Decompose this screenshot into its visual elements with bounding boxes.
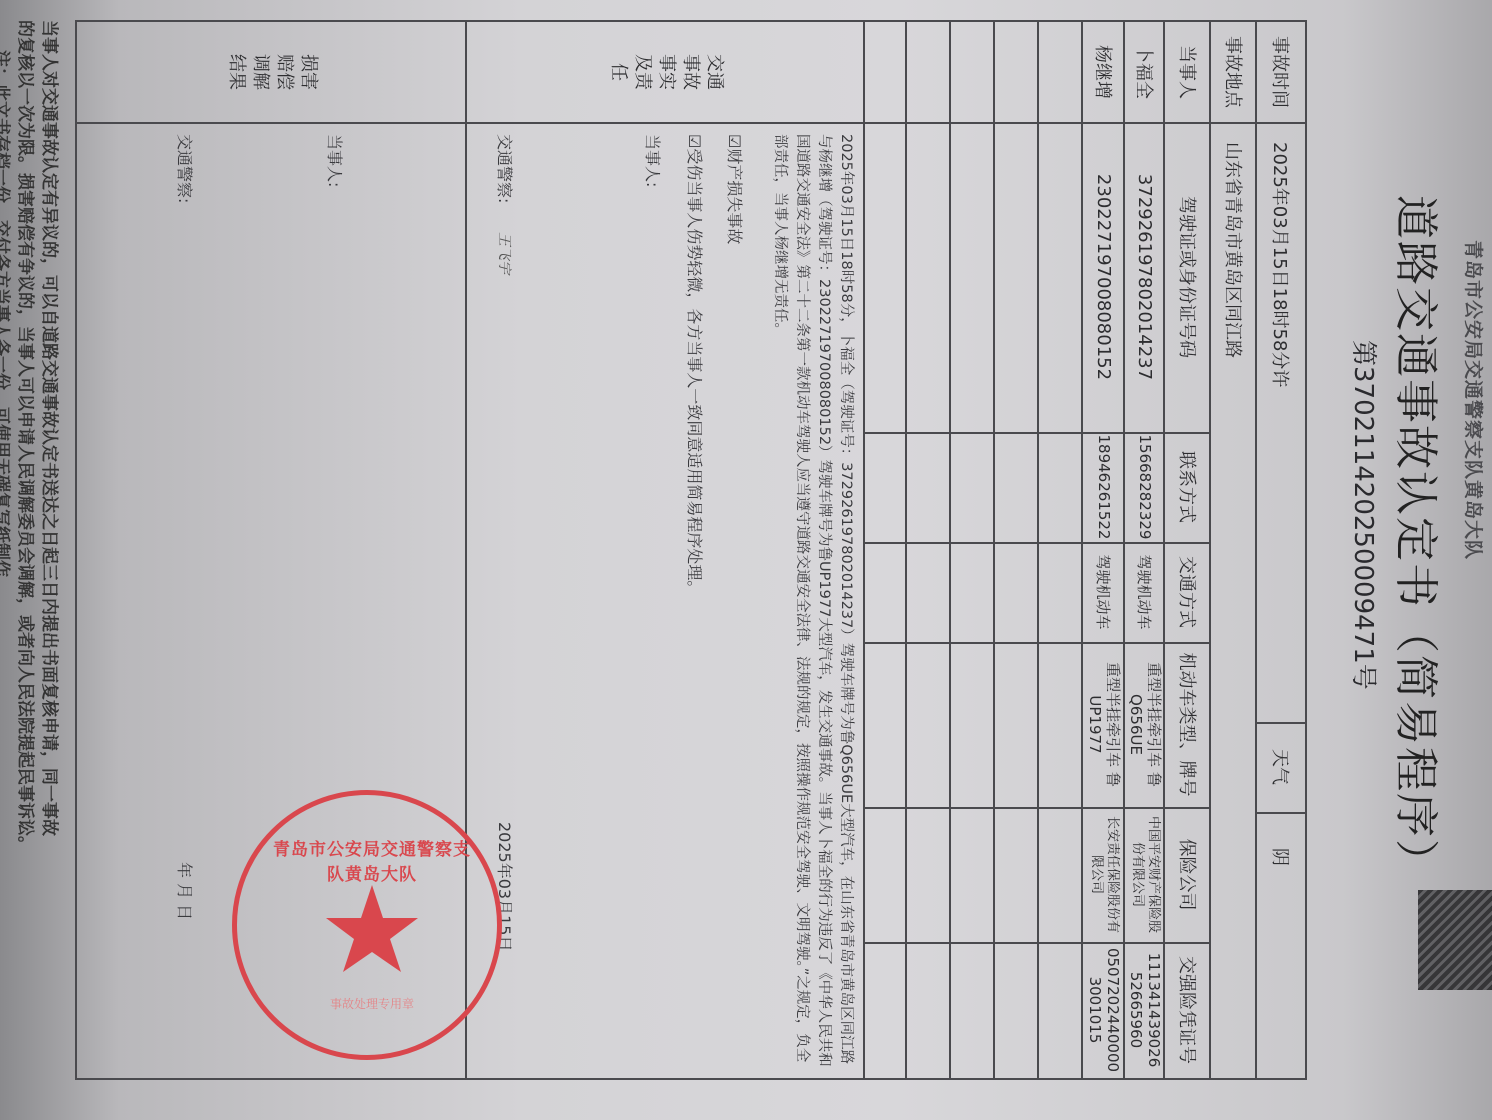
col-phone: 联系方式: [1165, 432, 1211, 542]
time-label: 事故时间: [1257, 22, 1305, 122]
facts-party-sign-label: 当事人:: [641, 134, 663, 187]
party-1-insurer: 中国平安财产保险股份有限公司: [1125, 812, 1165, 937]
document-title: 道路交通事故认定书（简易程序）: [1388, 195, 1452, 885]
party-1-id: 372926197802014237: [1125, 122, 1165, 432]
col-transport: 交通方式: [1165, 542, 1211, 642]
party-2-policy: 605072024400008 3001015: [1083, 947, 1125, 1073]
weather-value: 阴: [1257, 812, 1305, 902]
party-1-vehicle: 重型半挂牵引车 鲁Q656UE: [1125, 647, 1165, 802]
party-2-name: 杨继增: [1083, 22, 1125, 122]
col-id-number: 驾驶证或身份证号码: [1165, 122, 1211, 432]
party-2-phone: 18946261522: [1083, 432, 1125, 542]
col-vehicle: 机动车类型、牌号: [1165, 642, 1211, 807]
mediation-date: 年 月 日: [173, 862, 195, 920]
seal-text: 青岛市公安局交通警察支队黄岛大队: [267, 835, 477, 885]
weather-label: 天气: [1257, 722, 1305, 812]
mediation-label: 损害赔偿调解结果: [77, 22, 467, 122]
party-1-phone: 15668282329: [1125, 432, 1165, 542]
col-policy: 交强险凭证号: [1165, 942, 1211, 1078]
party-1-transport: 驾驶机动车: [1125, 542, 1165, 642]
checkbox-minor-injury: ☑受伤当事人伤势轻微，各方当事人一致同意适用简易程序处理。: [683, 134, 705, 596]
mediation-officer-sign-label: 交通警察:: [173, 134, 195, 203]
facts-description: 2025年03月15日18时58分，卜福全（驾驶证号：3729261978020…: [769, 134, 857, 1069]
facts-officer-sign-label: 交通警察:: [493, 134, 515, 203]
party-2-transport: 驾驶机动车: [1083, 542, 1125, 642]
party-2-insurer: 长安责任保险股份有限公司: [1083, 812, 1125, 937]
footer-note-3: 注：此文书存档一份，交付各方当事人各一份，可使用无碳复写纸制作。: [0, 50, 16, 594]
location-value: 山东省青岛市黄岛区同江路: [1211, 142, 1257, 1042]
qr-code-icon: [1418, 890, 1492, 990]
footer-note-1: 当事人对交通事故认定有异议的，可以自道路交通事故认定书送达之日起三日内提出书面复…: [39, 20, 64, 836]
party-1-policy: 111341439026 52665960: [1125, 947, 1165, 1073]
star-icon: [322, 880, 422, 980]
party-2-id: 230227197008080152: [1083, 122, 1125, 432]
location-label: 事故地点: [1211, 22, 1257, 122]
footer-note-2: 的复核以一次为限。损害赔偿有争议的，当事人可以申请人民调解委员会调解，或者向人民…: [15, 20, 40, 853]
party-2-vehicle: 重型半挂牵引车 鲁UP1977: [1083, 647, 1125, 802]
col-insurer: 保险公司: [1165, 807, 1211, 942]
accident-report-sheet: 青岛市公安局交通警察支队黄岛大队 道路交通事故认定书（简易程序） 第370211…: [0, 0, 1492, 1120]
seal-subtext: 事故处理专用章: [277, 995, 467, 1012]
document-number: 第370211420250009471号: [1347, 340, 1384, 690]
issuing-department: 青岛市公安局交通警察支队黄岛大队: [1461, 240, 1488, 560]
time-value: 2025年03月15日18时58分许: [1257, 142, 1305, 702]
facts-label: 交通事故事实及责任: [467, 22, 865, 122]
party-1-name: 卜福全: [1125, 22, 1165, 122]
checkbox-property-loss: ☑财产损失事故: [723, 134, 745, 244]
official-seal: 青岛市公安局交通警察支队黄岛大队 事故处理专用章: [232, 790, 502, 1060]
col-party: 当事人: [1165, 22, 1211, 122]
mediation-party-sign-label: 当事人:: [323, 134, 345, 187]
officer-signature: 王飞宇: [493, 232, 515, 274]
